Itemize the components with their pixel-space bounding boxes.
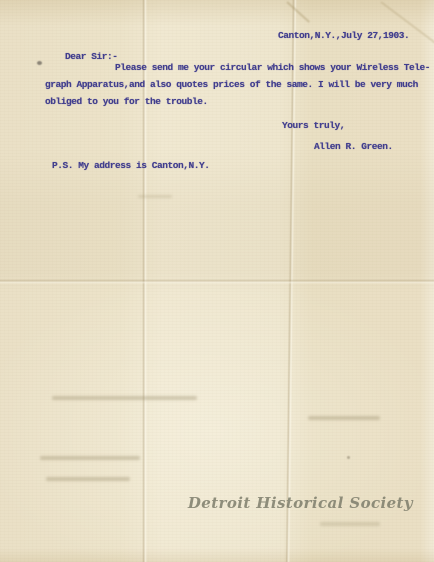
show-through-mark [320,522,380,526]
postscript: P.S. My address is Canton,N.Y. [52,161,210,171]
show-through-mark [40,456,140,460]
body-line-3: obliged to you for the trouble. [45,97,208,107]
paper-speck [347,456,350,459]
show-through-mark [308,416,380,420]
closing: Yours truly, [282,121,345,131]
show-through-mark [52,396,197,400]
salutation: Dear Sir:- [65,52,118,62]
body-line-1: Please send me your circular which shows… [115,63,430,73]
horizontal-fold-crease [0,279,434,284]
top-crease-mark [286,1,310,23]
dateline: Canton,N.Y.,July 27,1903. [278,31,409,41]
ink-speck [37,61,42,65]
show-through-mark [46,477,130,481]
archive-watermark: Detroit Historical Society [0,495,413,511]
letter-page: Canton,N.Y.,July 27,1903. Dear Sir:- Ple… [0,0,434,562]
signature: Allen R. Green. [314,142,393,152]
body-line-2: graph Apparatus,and also quotes prices o… [45,80,418,90]
show-through-mark [138,195,172,198]
